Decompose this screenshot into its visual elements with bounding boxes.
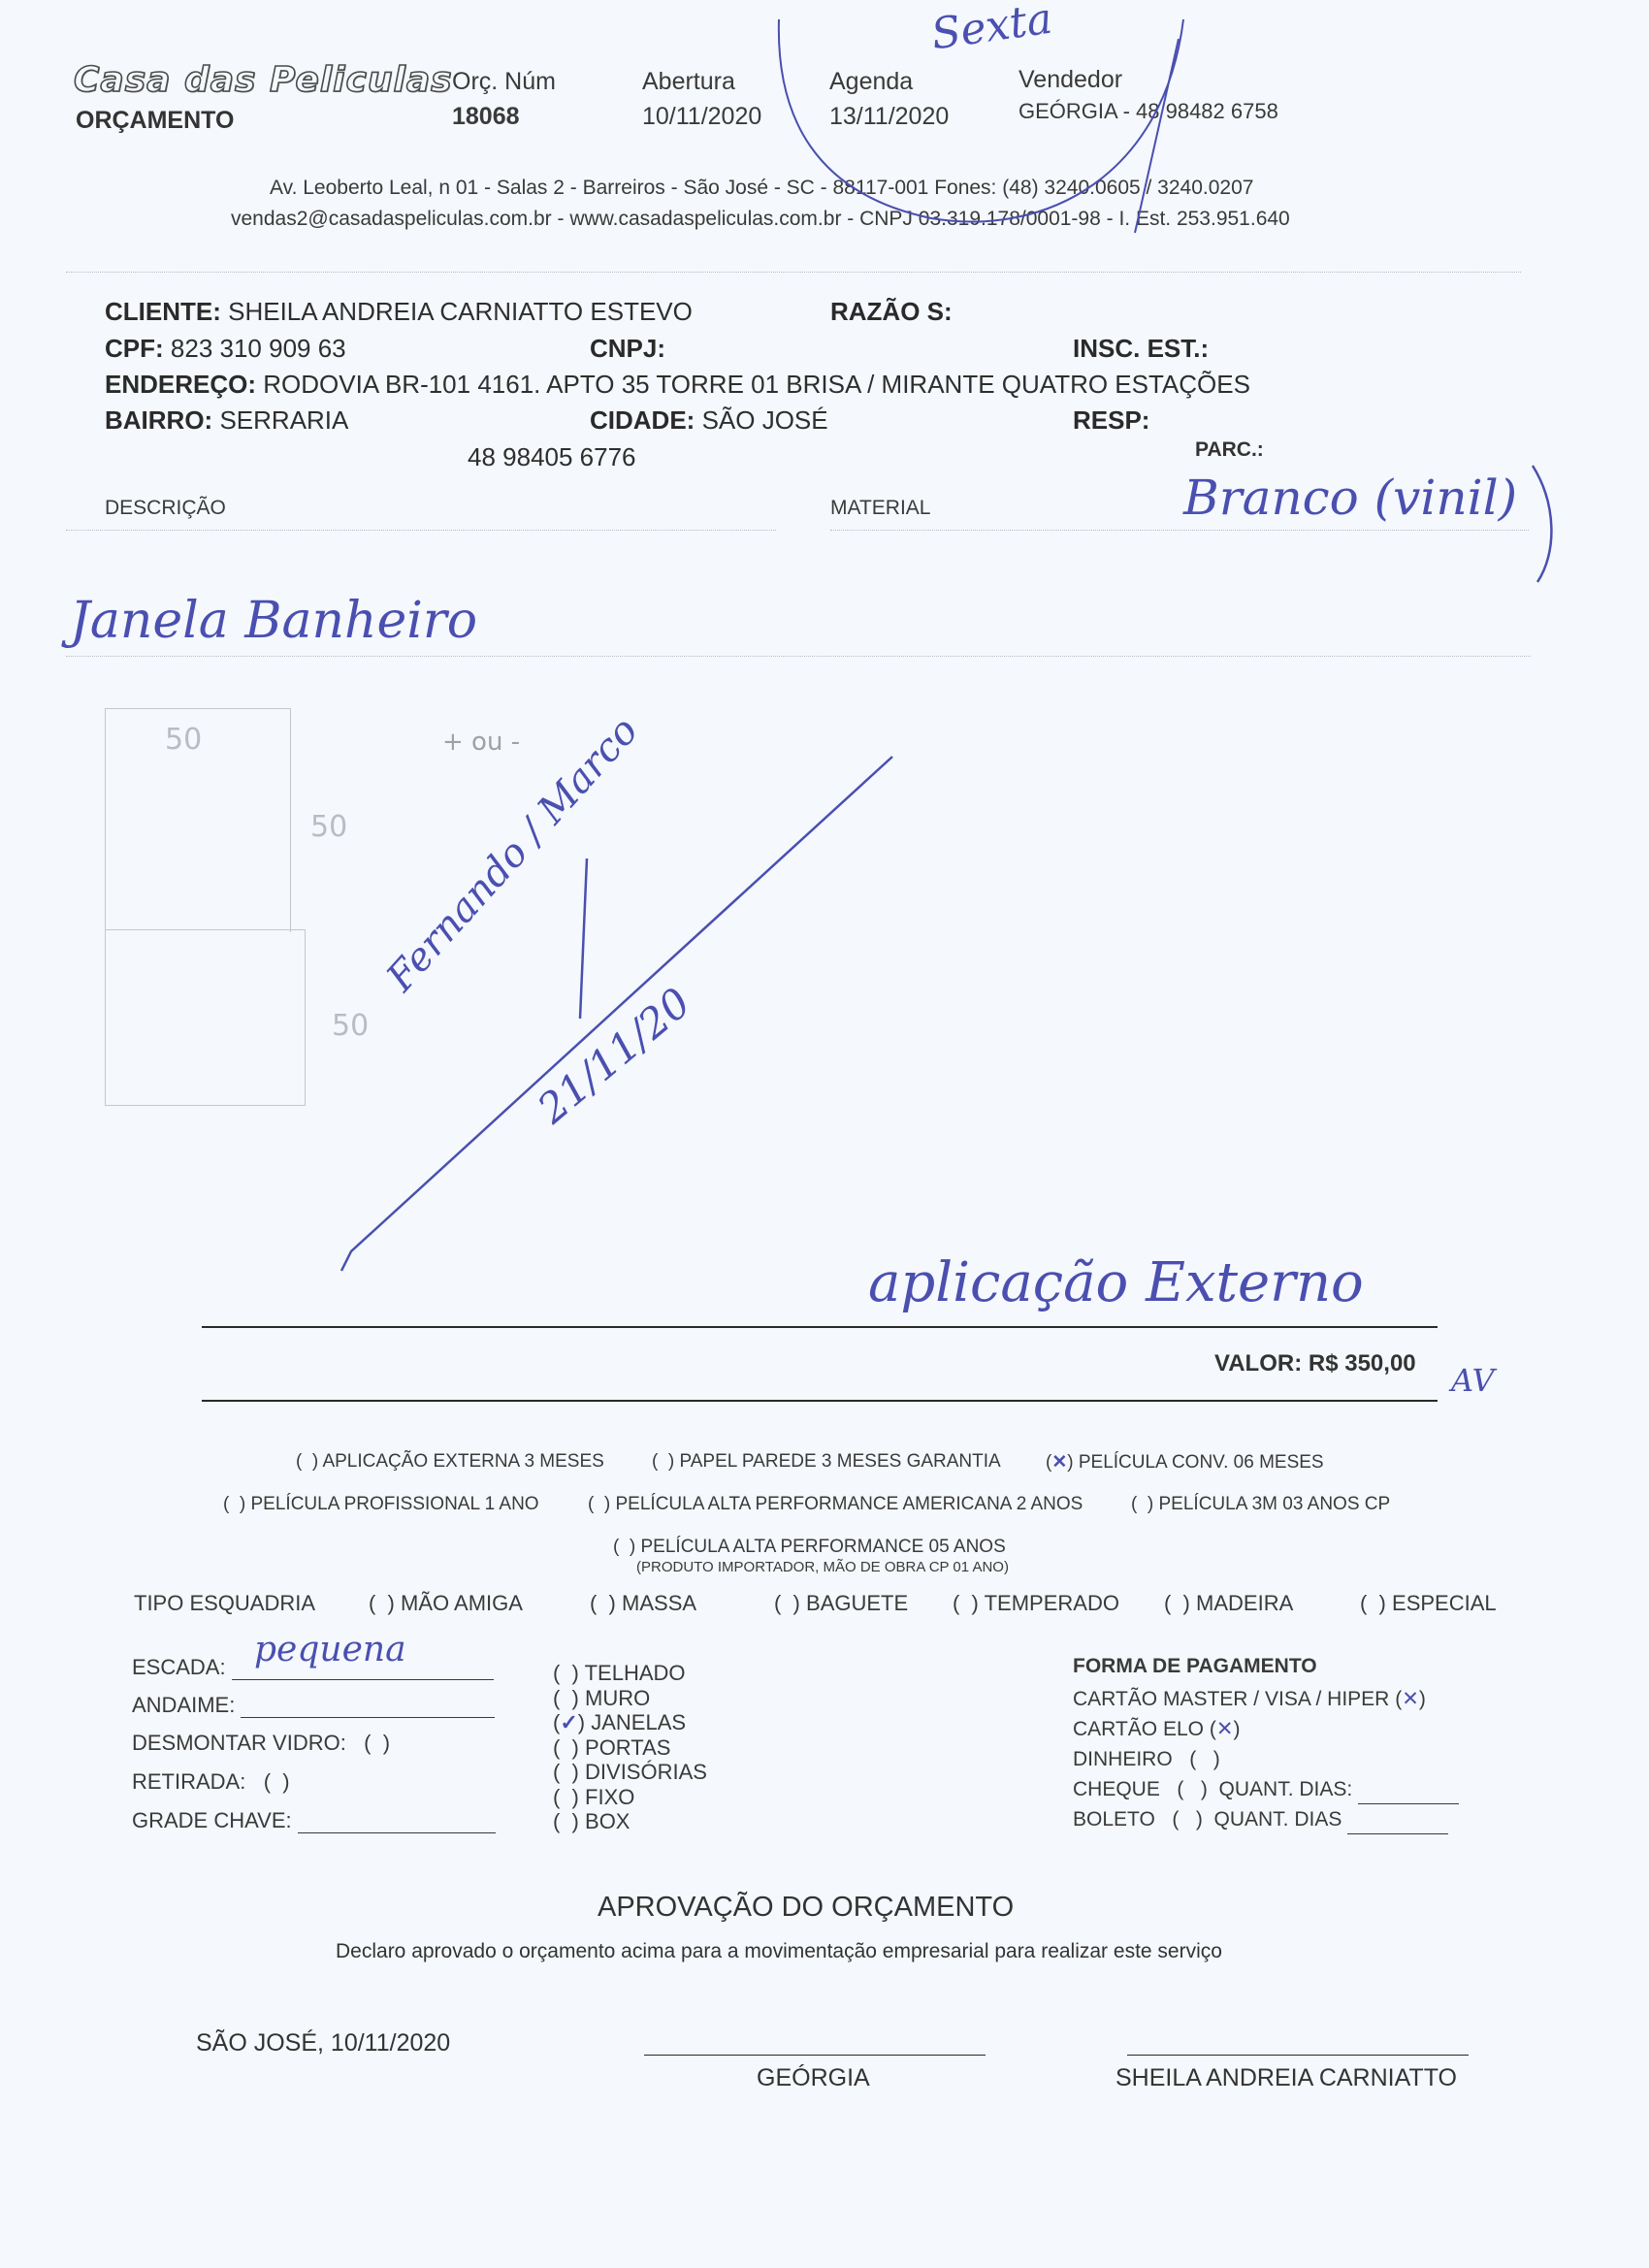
- checkbox-unchecked[interactable]: ( ): [588, 1494, 610, 1514]
- client-name: SHEILA ANDREIA CARNIATTO: [1115, 2064, 1457, 2092]
- bairro-value: SERRARIA: [219, 405, 348, 435]
- andaime-input[interactable]: [241, 1717, 495, 1718]
- checkbox-unchecked[interactable]: ( ): [296, 1451, 318, 1472]
- checkbox-unchecked[interactable]: ( ): [369, 1591, 395, 1615]
- parc-label: PARC.:: [1195, 438, 1264, 462]
- location-janelas[interactable]: (✓) JANELAS: [553, 1710, 707, 1735]
- checkbox-unchecked[interactable]: ( ): [553, 1686, 579, 1710]
- checkbox-unchecked[interactable]: ( ): [553, 1735, 579, 1760]
- abertura-value: 10/11/2020: [642, 103, 761, 131]
- approval-title: APROVAÇÃO DO ORÇAMENTO: [598, 1892, 1014, 1924]
- boleto-days-input[interactable]: [1347, 1833, 1448, 1834]
- warranty-option-3m[interactable]: ( ) PELÍCULA 3M 03 ANOS CP: [1131, 1494, 1390, 1515]
- cpf-field: CPF: 823 310 909 63: [105, 334, 346, 364]
- checkbox-unchecked[interactable]: ( ): [953, 1591, 979, 1615]
- cidade-label: CIDADE:: [590, 405, 695, 435]
- checkbox-unchecked[interactable]: ( ): [223, 1494, 245, 1514]
- endereco-field: ENDEREÇO: RODOVIA BR-101 4161. APTO 35 T…: [105, 370, 1250, 400]
- location-box[interactable]: ( ) BOX: [553, 1809, 707, 1834]
- location-portas[interactable]: ( ) PORTAS: [553, 1735, 707, 1761]
- retirada-field[interactable]: RETIRADA: ( ): [132, 1769, 290, 1795]
- service-line: [202, 1326, 1438, 1328]
- warranty-note: (PRODUTO IMPORTADOR, MÃO DE OBRA CP 01 A…: [636, 1559, 1009, 1575]
- sketch-window-lower: [105, 929, 306, 1106]
- service-handwritten: aplicação Externo: [868, 1251, 1364, 1314]
- razao-label: RAZÃO S:: [830, 297, 953, 326]
- descricao-line: [66, 530, 776, 531]
- checkbox-unchecked[interactable]: ( ): [251, 1769, 289, 1794]
- agenda-label: Agenda: [829, 68, 913, 96]
- company-address: Av. Leoberto Leal, n 01 - Salas 2 - Barr…: [270, 177, 1253, 200]
- warranty-option-papel[interactable]: ( ) PAPEL PAREDE 3 MESES GARANTIA: [652, 1451, 1001, 1473]
- seller-name: GEÓRGIA: [757, 2064, 870, 2092]
- checkbox-unchecked[interactable]: ( ): [1360, 1591, 1386, 1615]
- checkbox-unchecked[interactable]: ( ): [1164, 1591, 1190, 1615]
- checkbox-unchecked[interactable]: ( ): [352, 1731, 390, 1755]
- client-phone: 48 98405 6776: [468, 442, 636, 472]
- cnpj-field: CNPJ:: [590, 334, 665, 364]
- payment-cartao-master[interactable]: CARTÃO MASTER / VISA / HIPER (✕): [1073, 1684, 1459, 1714]
- sketch-dim-side: 50: [310, 810, 347, 844]
- warranty-option-americana[interactable]: ( ) PELÍCULA ALTA PERFORMANCE AMERICANA …: [588, 1494, 1083, 1515]
- checkbox-unchecked[interactable]: ( ): [613, 1537, 635, 1557]
- payment-title: FORMA DE PAGAMENTO: [1073, 1655, 1317, 1678]
- seller-signature-line: [644, 2055, 986, 2056]
- esquadria-label: TIPO ESQUADRIA: [134, 1591, 315, 1616]
- valor-label: VALOR:: [1214, 1350, 1302, 1377]
- esquadria-madeira[interactable]: ( ) MADEIRA: [1164, 1591, 1293, 1616]
- approval-declaration: Declaro aprovado o orçamento acima para …: [336, 1940, 1222, 1963]
- esquadria-massa[interactable]: ( ) MASSA: [590, 1591, 696, 1616]
- cnpj-label: CNPJ:: [590, 334, 665, 363]
- grade-chave-field[interactable]: GRADE CHAVE:: [132, 1808, 496, 1833]
- esquadria-especial[interactable]: ( ) ESPECIAL: [1360, 1591, 1497, 1616]
- location-muro[interactable]: ( ) MURO: [553, 1686, 707, 1711]
- checkbox-unchecked[interactable]: ( ): [1172, 1808, 1203, 1831]
- escada-handwritten: pequena: [254, 1630, 406, 1669]
- bairro-field: BAIRRO: SERRARIA: [105, 405, 348, 436]
- cliente-label: CLIENTE:: [105, 297, 221, 326]
- esquadria-temperado[interactable]: ( ) TEMPERADO: [953, 1591, 1119, 1616]
- insc-label: INSC. EST.:: [1073, 334, 1209, 363]
- descricao-label: DESCRIÇÃO: [105, 497, 226, 520]
- checkbox-unchecked[interactable]: ( ): [652, 1451, 674, 1472]
- andaime-field[interactable]: ANDAIME:: [132, 1693, 495, 1718]
- payment-cartao-elo[interactable]: CARTÃO ELO (✕): [1073, 1714, 1459, 1744]
- checkbox-unchecked[interactable]: ( ): [1189, 1748, 1220, 1770]
- razao-field: RAZÃO S:: [830, 297, 953, 327]
- material-line: [830, 530, 1529, 531]
- vendedor-label: Vendedor: [1018, 66, 1122, 94]
- agenda-value: 13/11/2020: [829, 103, 949, 131]
- location-divisorias[interactable]: ( ) DIVISÓRIAS: [553, 1760, 707, 1785]
- bairro-label: BAIRRO:: [105, 405, 212, 435]
- payment-dinheiro[interactable]: DINHEIRO ( ): [1073, 1744, 1459, 1774]
- valor-value: R$ 350,00: [1309, 1350, 1416, 1377]
- company-logo: Casa das Peliculas: [74, 60, 453, 100]
- cidade-value: SÃO JOSÉ: [702, 405, 828, 435]
- checkbox-unchecked[interactable]: ( ): [553, 1760, 579, 1784]
- valor-field: VALOR: R$ 350,00: [1214, 1350, 1416, 1377]
- checkbox-unchecked[interactable]: ( ): [1177, 1778, 1208, 1800]
- checkbox-unchecked[interactable]: ( ): [590, 1591, 616, 1615]
- esquadria-baguete[interactable]: ( ) BAGUETE: [774, 1591, 908, 1616]
- checkbox-checked[interactable]: (✕): [1046, 1452, 1074, 1473]
- checkbox-unchecked[interactable]: ( ): [553, 1809, 579, 1833]
- material-label: MATERIAL: [830, 497, 930, 520]
- header-divider: [66, 272, 1521, 273]
- client-signature-line: [1127, 2055, 1469, 2056]
- location-telhado[interactable]: ( ) TELHADO: [553, 1661, 707, 1686]
- checkbox-unchecked[interactable]: ( ): [1131, 1494, 1153, 1514]
- insc-field: INSC. EST.:: [1073, 334, 1209, 364]
- cpf-value: 823 310 909 63: [171, 334, 346, 363]
- company-contact: vendas2@casadaspeliculas.com.br - www.ca…: [231, 208, 1290, 231]
- warranty-option-alta-05[interactable]: ( ) PELÍCULA ALTA PERFORMANCE 05 ANOS: [613, 1537, 1006, 1558]
- material-handwritten: Branco (vinil): [1183, 470, 1517, 526]
- handwritten-sexta: Sexta: [928, 0, 1055, 59]
- resp-field: RESP:: [1073, 405, 1149, 436]
- approval-place-date: SÃO JOSÉ, 10/11/2020: [196, 2029, 450, 2057]
- warranty-option-conv[interactable]: (✕) PELÍCULA CONV. 06 MESES: [1046, 1451, 1324, 1474]
- checkbox-checked[interactable]: (✕): [1210, 1718, 1241, 1740]
- desmontar-field[interactable]: DESMONTAR VIDRO: ( ): [132, 1731, 390, 1756]
- valor-line: [202, 1400, 1438, 1402]
- sketch-dim-top: 50: [165, 723, 202, 757]
- valor-initials: AV: [1451, 1362, 1495, 1399]
- signature-date: 21/11/20: [529, 979, 699, 1133]
- esquadria-mao-amiga[interactable]: ( ) MÃO AMIGA: [369, 1591, 523, 1616]
- payment-boleto[interactable]: BOLETO ( ) QUANT. DIAS: [1073, 1804, 1459, 1834]
- checkbox-unchecked[interactable]: ( ): [553, 1785, 579, 1809]
- orc-num-value: 18068: [452, 103, 520, 131]
- payment-options: CARTÃO MASTER / VISA / HIPER (✕) CARTÃO …: [1073, 1684, 1459, 1834]
- item-line: [66, 656, 1531, 657]
- orc-num-label: Orç. Núm: [452, 68, 556, 96]
- checkbox-unchecked[interactable]: ( ): [774, 1591, 800, 1615]
- location-fixo[interactable]: ( ) FIXO: [553, 1785, 707, 1810]
- checkbox-checked[interactable]: (✓): [553, 1710, 585, 1734]
- cliente-value: SHEILA ANDREIA CARNIATTO ESTEVO: [228, 297, 693, 326]
- sketch-note: + ou -: [442, 728, 520, 757]
- vendedor-value: GEÓRGIA - 48 98482 6758: [1018, 99, 1278, 124]
- checkbox-checked[interactable]: (✕): [1395, 1688, 1426, 1710]
- cpf-label: CPF:: [105, 334, 164, 363]
- grade-chave-input[interactable]: [298, 1832, 496, 1833]
- endereco-value: RODOVIA BR-101 4161. APTO 35 TORRE 01 BR…: [263, 370, 1250, 399]
- doc-type: ORÇAMENTO: [76, 107, 234, 135]
- escada-input[interactable]: [232, 1679, 494, 1680]
- warranty-option-aplicacao[interactable]: ( ) APLICAÇÃO EXTERNA 3 MESES: [296, 1451, 604, 1473]
- item-handwritten: Janela Banheiro: [70, 592, 477, 650]
- cliente-field: CLIENTE: SHEILA ANDREIA CARNIATTO ESTEVO: [105, 297, 693, 327]
- warranty-option-profissional[interactable]: ( ) PELÍCULA PROFISSIONAL 1 ANO: [223, 1494, 539, 1515]
- cidade-field: CIDADE: SÃO JOSÉ: [590, 405, 828, 436]
- sketch-dim-lower: 50: [332, 1009, 369, 1043]
- locations-list: ( ) TELHADO ( ) MURO (✓) JANELAS ( ) POR…: [553, 1661, 707, 1834]
- resp-label: RESP:: [1073, 405, 1149, 435]
- checkbox-unchecked[interactable]: ( ): [553, 1661, 579, 1685]
- payment-cheque[interactable]: CHEQUE ( ) QUANT. DIAS:: [1073, 1774, 1459, 1804]
- endereco-label: ENDEREÇO:: [105, 370, 256, 399]
- abertura-label: Abertura: [642, 68, 735, 96]
